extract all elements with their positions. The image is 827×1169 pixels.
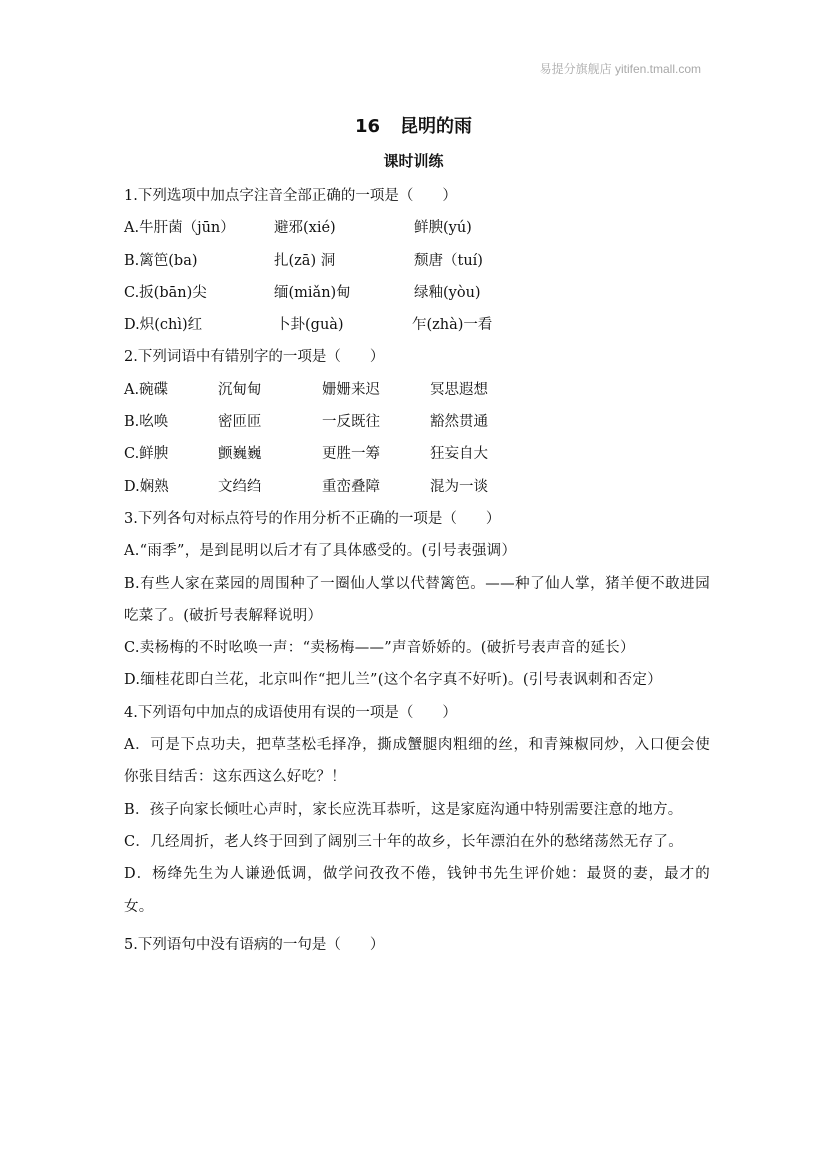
question-2-option-a: A.碗碟 沉甸甸 姗姗来迟 冥思遐想: [124, 374, 710, 406]
question-4-option-a: A．可是下点功夫，把草茎松毛择净，撕成蟹腿肉粗细的丝，和青辣椒同炒，入口便会使你…: [124, 729, 710, 794]
question-3-option-d: D.缅桂花即白兰花，北京叫作“把儿兰”(这个名字真不好听)。(引号表讽刺和否定）: [124, 664, 710, 696]
question-3-option-b: B.有些人家在菜园的周围种了一圈仙人掌以代替篱笆。——种了仙人掌，猪羊便不敢进园…: [124, 568, 710, 633]
question-5-stem: 5.下列语句中没有语病的一句是（ ）: [124, 929, 710, 961]
question-1-option-a: A.牛肝菌（jūn） 避邪(xié) 鲜腴(yú): [124, 212, 710, 244]
question-4-option-b: B．孩子向家长倾吐心声时，家长应洗耳恭听，这是家庭沟通中特别需要注意的地方。: [124, 794, 710, 826]
watermark: 易提分旗舰店 yitifen.tmall.com: [540, 60, 701, 77]
question-2-option-c: C.鲜腴 颤巍巍 更胜一筹 狂妄自大: [124, 438, 710, 470]
question-1-option-b: B.篱笆(ba) 扎(zā) 洞 颓唐（tuí): [124, 245, 710, 277]
question-4-option-c: C．几经周折，老人终于回到了阔别三十年的故乡，长年漂泊在外的愁绪荡然无存了。: [124, 826, 710, 858]
lesson-number: 16: [355, 116, 380, 137]
question-1-option-c: C.扳(bān)尖 缅(miǎn)甸 绿釉(yòu): [124, 277, 710, 309]
question-1-option-d: D.炽(chì)红 卜卦(guà) 乍(zhà)一看: [124, 309, 710, 341]
question-2-stem: 2.下列词语中有错别字的一项是（ ）: [124, 341, 710, 373]
question-2-option-b: B.吆唤 密匝匝 一反既往 豁然贯通: [124, 406, 710, 438]
question-3-stem: 3.下列各句对标点符号的作用分析不正确的一项是（ ）: [124, 503, 710, 535]
question-4-option-d: D．杨绛先生为人谦逊低调，做学问孜孜不倦，钱钟书先生评价她：最贤的妻，最才的女。: [124, 858, 710, 923]
section-subtitle: 课时训练: [0, 150, 827, 171]
exercise-content: 1.下列选项中加点字注音全部正确的一项是（ ） A.牛肝菌（jūn） 避邪(xi…: [124, 180, 710, 961]
question-3-option-a: A.“雨季”，是到昆明以后才有了具体感受的。(引号表强调）: [124, 535, 710, 567]
page-title: 16昆明的雨: [0, 112, 827, 138]
question-1-stem: 1.下列选项中加点字注音全部正确的一项是（ ）: [124, 180, 710, 212]
question-2-option-d: D.娴熟 文绉绉 重峦叠障 混为一谈: [124, 471, 710, 503]
lesson-title: 昆明的雨: [400, 116, 472, 137]
question-3-option-c: C.卖杨梅的不时吆唤一声：“卖杨梅——”声音娇娇的。(破折号表声音的延长）: [124, 632, 710, 664]
question-4-stem: 4.下列语句中加点的成语使用有误的一项是（ ）: [124, 697, 710, 729]
